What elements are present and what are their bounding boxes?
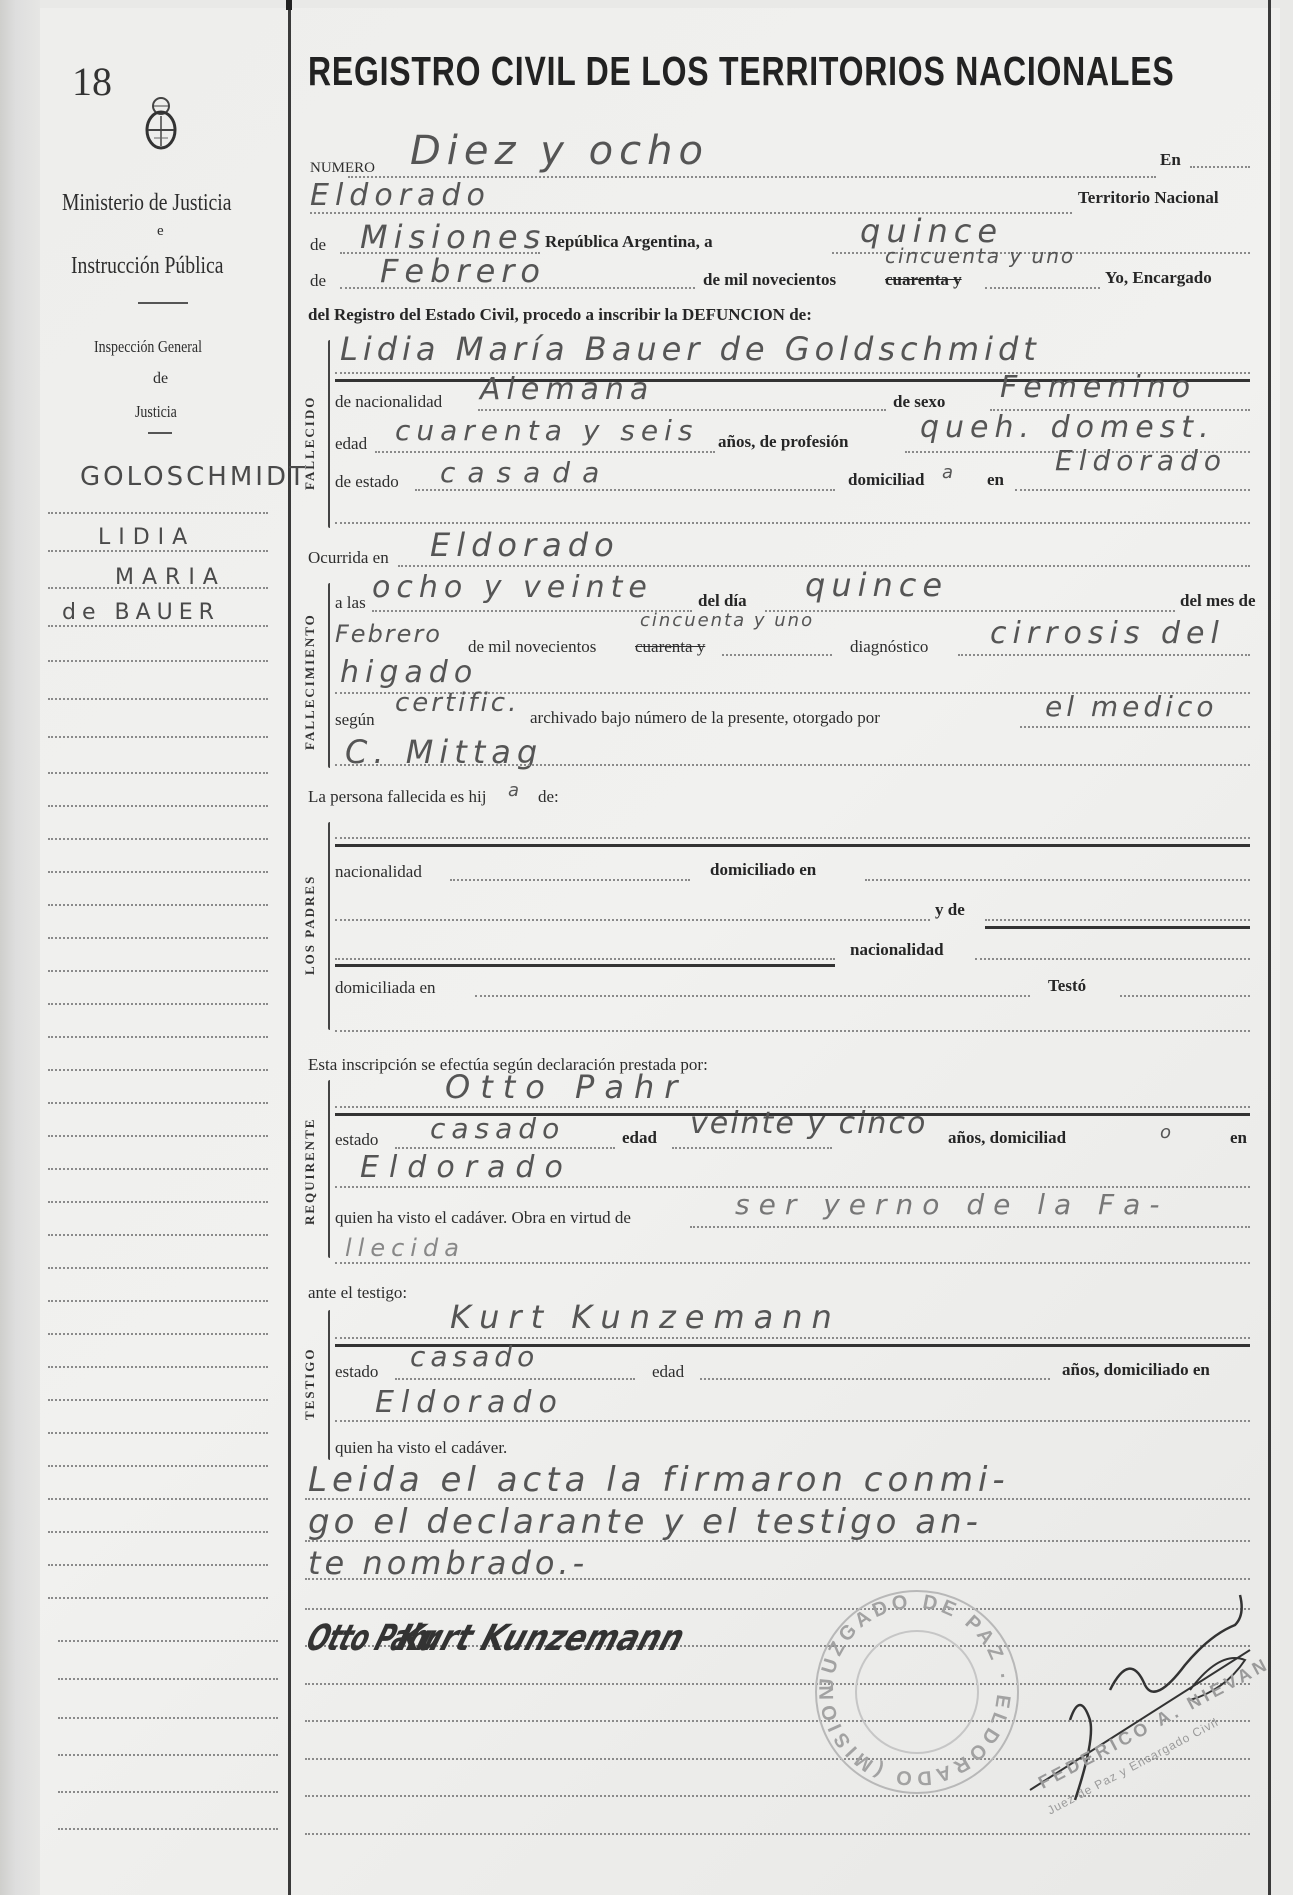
left-line (48, 937, 268, 939)
requirente-name: Otto Pahr (445, 1068, 687, 1106)
left-line (48, 1102, 268, 1104)
official-signature (960, 1590, 1270, 1830)
domicilio-line (1015, 489, 1250, 491)
year-struck: cuarenta y (885, 270, 962, 290)
left-line (48, 805, 268, 807)
left-line (48, 1234, 268, 1236)
mother-nacionalidad-line (975, 958, 1250, 960)
left-line (58, 1828, 278, 1830)
test-estado-line (395, 1378, 635, 1380)
left-line (48, 1399, 268, 1401)
left-line (48, 1531, 268, 1533)
dia-line (765, 610, 1175, 612)
req-en-label: en (1230, 1128, 1247, 1148)
left-line (48, 587, 268, 589)
closing-rule-1 (305, 1498, 1250, 1500)
testigo-intro: ante el testigo: (308, 1283, 407, 1303)
mil-label-2: de mil novecientos (468, 637, 596, 657)
encargado-label: Yo, Encargado (1105, 268, 1212, 288)
req-edad-line (672, 1147, 832, 1149)
req-domicilio-value: Eldorado (360, 1150, 573, 1185)
top-edge-mark (286, 0, 292, 10)
de-label-1: de (310, 235, 326, 255)
domiciliad-label: domiciliad (848, 470, 925, 490)
left-line (48, 1168, 268, 1170)
en-label: En (1160, 150, 1181, 170)
left-line (48, 698, 268, 700)
inspection-line3: Justicia (135, 402, 177, 422)
left-line (48, 550, 268, 552)
left-line (48, 1333, 268, 1335)
del-dia-label: del día (698, 591, 747, 611)
req-estado-value: casado (430, 1112, 565, 1145)
test-edad-label: edad (652, 1362, 684, 1382)
nacionalidad-label: de nacionalidad (335, 392, 442, 412)
req-virtud-value: ser yerno de la Fa- (735, 1188, 1168, 1221)
inspection-line1: Inspección General (94, 337, 202, 357)
diagnostico-value: cirrosis del (990, 616, 1225, 651)
req-quien-label: quien ha visto el cadáver. Obra en virtu… (335, 1208, 631, 1228)
padres-brace (328, 822, 330, 1030)
father-name-line (335, 837, 1250, 839)
closing-rule-2 (305, 1540, 1250, 1542)
fallecimiento-label: FALLECIMIENTO (302, 613, 318, 750)
left-line (58, 1640, 278, 1642)
a-las-label: a las (335, 593, 366, 613)
coat-of-arms-icon (144, 96, 178, 154)
mother-nacionalidad-label: nacionalidad (850, 940, 944, 960)
test-edad-line (700, 1378, 1050, 1380)
left-line (48, 1432, 268, 1434)
archivado-label: archivado bajo número de la presente, ot… (530, 708, 880, 728)
dia-value: quince (805, 566, 948, 604)
left-line (58, 1717, 278, 1719)
left-line (48, 838, 268, 840)
domiciliada-label: domiciliada en (335, 978, 436, 998)
sexo-value: Femenino (1000, 370, 1196, 405)
testo-line (1120, 995, 1250, 997)
segun-value: certific. (395, 688, 519, 718)
req-estado-label: estado (335, 1130, 378, 1150)
left-line (48, 1003, 268, 1005)
place-value: Eldorado (310, 178, 491, 213)
fallecido-blank-line (335, 522, 1250, 524)
domicilio-en-label: en (987, 470, 1004, 490)
estado-label: de estado (335, 472, 399, 492)
fallecido-label: FALLECIDO (302, 396, 318, 490)
mother-name-line-2 (335, 958, 835, 960)
req-edad-label: edad (622, 1128, 657, 1148)
left-line (48, 512, 268, 514)
testigo-brace (328, 1310, 330, 1460)
req-estado-line (395, 1147, 615, 1149)
profesion-label: años, de profesión (718, 432, 849, 452)
test-estado-value: casado (410, 1340, 539, 1373)
numero-label: NUMERO (310, 160, 375, 177)
test-domicilio-line (335, 1420, 1250, 1422)
father-nacionalidad-label: nacionalidad (335, 862, 422, 882)
padres-blank-line (335, 1030, 1250, 1032)
ministry-line2: e (157, 223, 164, 240)
profesion-value: queh. domest. (920, 410, 1215, 445)
test-anos-label: años, domiciliado en (1062, 1360, 1210, 1380)
left-column-divider (288, 0, 291, 1895)
left-line (58, 1754, 278, 1756)
margin-note-surname: GOLOSCHMIDT (80, 462, 308, 492)
left-line (48, 1201, 268, 1203)
year-line (985, 287, 1100, 289)
left-line (58, 1791, 278, 1793)
domicilio-value: Eldorado (1055, 444, 1227, 477)
fallecimiento-brace (328, 583, 330, 768)
de-label-2: de (310, 271, 326, 291)
ministry-line1: Ministerio de Justicia (62, 190, 231, 217)
binding-edge (0, 0, 40, 1895)
divider-short-2 (148, 432, 172, 434)
territorio-label: Territorio Nacional (1078, 188, 1219, 208)
left-line (48, 1564, 268, 1566)
testigo-name-line (335, 1337, 1250, 1339)
diagnostico-line (958, 654, 1250, 656)
signature-witness: Kurt Kunzemann (392, 1618, 690, 1659)
domiciliado-label: domiciliado en (710, 860, 816, 880)
left-line (48, 970, 268, 972)
otorgado-line-2 (335, 764, 1250, 766)
diagnostico-label: diagnóstico (850, 637, 928, 657)
req-virtud-line (690, 1226, 1250, 1228)
year-struck-2: cuarenta y (635, 637, 705, 657)
document-title: REGISTRO CIVIL DE LOS TERRITORIOS NACION… (308, 48, 1174, 95)
left-line (48, 1135, 268, 1137)
father-name-underline (335, 844, 1250, 847)
mother-name-underline-2 (335, 964, 835, 967)
segun-label: según (335, 710, 375, 730)
test-quien-label: quien ha visto el cadáver. (335, 1438, 507, 1458)
left-line (48, 1465, 268, 1467)
req-virtud-value-2: llecida (345, 1234, 465, 1262)
left-line (48, 871, 268, 873)
padres-intro-suffix: a (508, 780, 525, 801)
padres-intro-label: La persona fallecida es hij (308, 787, 486, 807)
year-value: cincuenta y uno (885, 244, 1075, 268)
edad-value: cuarenta y seis (395, 414, 698, 447)
req-domiciliad-suffix: o (1160, 1122, 1177, 1143)
mes-value: Febrero (335, 620, 442, 648)
page-number: 18 (72, 58, 112, 105)
left-line (48, 772, 268, 774)
padres-intro-end: de: (538, 787, 559, 807)
year-value-2: cincuenta y uno (640, 610, 814, 631)
mil-label: de mil novecientos (703, 270, 836, 290)
left-line (48, 1498, 268, 1500)
sexo-label: de sexo (893, 392, 945, 412)
req-anos-label: años, domiciliad (948, 1128, 1066, 1148)
left-line (48, 736, 268, 738)
ocurrida-value: Eldorado (430, 526, 620, 564)
mother-name-line (985, 919, 1250, 921)
left-line (48, 904, 268, 906)
en-line (1190, 166, 1250, 168)
nacionalidad-value: Alemana (480, 372, 654, 407)
testigo-name: Kurt Kunzemann (450, 1298, 841, 1336)
domiciliada-line (475, 995, 1030, 997)
month-value: Febrero (380, 252, 546, 290)
left-line (48, 625, 268, 627)
domiciliado-line (865, 879, 1250, 881)
province-value: Misiones (360, 218, 546, 256)
nacionalidad-line (478, 409, 886, 411)
divider-short (138, 302, 188, 304)
year-line-2 (722, 654, 832, 656)
margin-note-firstname: LIDIA (98, 525, 195, 550)
closing-line-2: go el declarante y el testigo an- (308, 1502, 982, 1542)
edad-line (375, 451, 715, 453)
numero-value: Diez y ocho (410, 128, 709, 174)
signature-rule (305, 1833, 1250, 1835)
domiciliad-suffix: a (942, 462, 959, 483)
otorgado-line (1020, 726, 1250, 728)
edad-label: edad (335, 434, 367, 454)
estado-line (415, 489, 835, 491)
republica-label: República Argentina, a (545, 232, 713, 252)
closing-line-3: te nombrado.- (308, 1544, 588, 1582)
mother-name-underline (985, 926, 1250, 929)
deceased-name: Lidia María Bauer de Goldschmidt (340, 330, 1041, 368)
left-line (58, 1678, 278, 1680)
closing-line-1: Leida el acta la firmaron conmi- (308, 1460, 1010, 1500)
left-line (48, 660, 268, 662)
fallecido-brace (328, 340, 330, 528)
hora-value: ocho y veinte (372, 570, 653, 605)
registro-line: del Registro del Estado Civil, procedo a… (308, 305, 812, 325)
ocurrida-label: Ocurrida en (308, 548, 389, 568)
requirente-label: REQUIRENTE (302, 1118, 318, 1225)
requirente-brace (328, 1080, 330, 1258)
diagnostico-value-2: higado (340, 655, 478, 690)
left-line (48, 1069, 268, 1071)
inspection-line2: de (153, 370, 168, 388)
left-line (48, 1267, 268, 1269)
req-virtud-line-2 (335, 1262, 1250, 1264)
mes-label: del mes de (1180, 591, 1256, 611)
padres-label: LOS PADRES (302, 875, 318, 975)
padres-mid-line (335, 919, 930, 921)
left-line (48, 1597, 268, 1599)
closing-rule-3 (305, 1578, 1250, 1580)
left-line (48, 1036, 268, 1038)
y-de-label: y de (935, 900, 965, 920)
left-line (48, 1366, 268, 1368)
margin-note-maiden: de BAUER (62, 600, 220, 625)
left-line (48, 1300, 268, 1302)
testo-label: Testó (1048, 976, 1086, 996)
req-edad-value: veinte y cinco (690, 1106, 927, 1141)
testigo-label: TESTIGO (302, 1347, 318, 1420)
otorgado-value: el medico (1045, 690, 1218, 723)
estado-value: casada (440, 456, 611, 489)
test-domicilio-value: Eldorado (375, 1385, 564, 1420)
test-estado-label: estado (335, 1362, 378, 1382)
ministry-line3: Instrucción Pública (71, 253, 223, 280)
father-nacionalidad-line (450, 879, 690, 881)
